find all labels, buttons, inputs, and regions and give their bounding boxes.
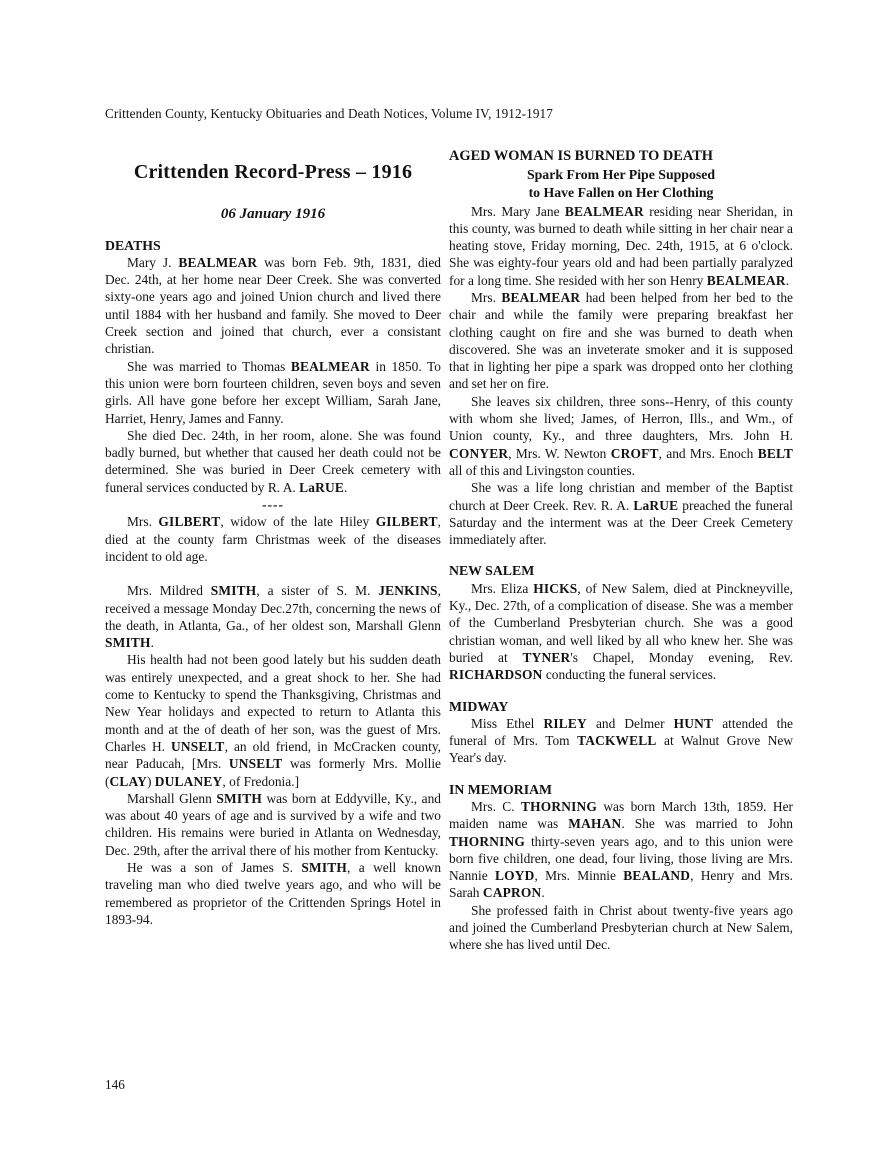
obituary-paragraph: She professed faith in Christ about twen… xyxy=(449,902,793,954)
section-heading-deaths: DEATHS xyxy=(105,237,441,254)
obituary-paragraph: Mrs. Mary Jane BEALMEAR residing near Sh… xyxy=(449,203,793,289)
obituary-paragraph: She leaves six children, three sons--Hen… xyxy=(449,393,793,479)
obituary-paragraph: Marshall Glenn SMITH was born at Eddyvil… xyxy=(105,790,441,859)
obituary-paragraph: Mrs. C. THORNING was born March 13th, 18… xyxy=(449,798,793,902)
section-heading-new-salem: NEW SALEM xyxy=(449,562,793,579)
newspaper-title: Crittenden Record-Press – 1916 xyxy=(105,164,441,181)
right-column: AGED WOMAN IS BURNED TO DEATH Spark From… xyxy=(449,140,793,954)
obituary-paragraph: Mrs. BEALMEAR had been helped from her b… xyxy=(449,289,793,393)
obituary-paragraph: Mrs. GILBERT, widow of the late Hiley GI… xyxy=(105,513,441,565)
page-number: 146 xyxy=(105,1077,125,1093)
obituary-paragraph: She was a life long christian and member… xyxy=(449,479,793,548)
item-separator: ---- xyxy=(105,496,441,513)
running-header: Crittenden County, Kentucky Obituaries a… xyxy=(105,106,553,122)
obituary-paragraph: Mrs. Mildred SMITH, a sister of S. M. JE… xyxy=(105,582,441,651)
left-column: Crittenden Record-Press – 1916 06 Januar… xyxy=(105,140,441,954)
obituary-paragraph: She was married to Thomas BEALMEAR in 18… xyxy=(105,358,441,427)
article-subheadline: Spark From Her Pipe Supposed xyxy=(449,166,793,185)
obituary-paragraph: She died Dec. 24th, in her room, alone. … xyxy=(105,427,441,496)
obituary-paragraph: He was a son of James S. SMITH, a well k… xyxy=(105,859,441,928)
article-headline: AGED WOMAN IS BURNED TO DEATH xyxy=(449,147,793,166)
article-subheadline: to Have Fallen on Her Clothing xyxy=(449,184,793,203)
section-heading-midway: MIDWAY xyxy=(449,698,793,715)
section-heading-in-memoriam: IN MEMORIAM xyxy=(449,781,793,798)
obituary-paragraph: His health had not been good lately but … xyxy=(105,651,441,789)
document-page: Crittenden County, Kentucky Obituaries a… xyxy=(0,0,893,1155)
obituary-paragraph: Miss Ethel RILEY and Delmer HUNT attende… xyxy=(449,715,793,767)
issue-date-heading: 06 January 1916 xyxy=(105,206,441,223)
obituary-paragraph: Mrs. Eliza HICKS, of New Salem, died at … xyxy=(449,580,793,684)
two-column-layout: Crittenden Record-Press – 1916 06 Januar… xyxy=(105,140,793,954)
obituary-paragraph: Mary J. BEALMEAR was born Feb. 9th, 1831… xyxy=(105,254,441,358)
